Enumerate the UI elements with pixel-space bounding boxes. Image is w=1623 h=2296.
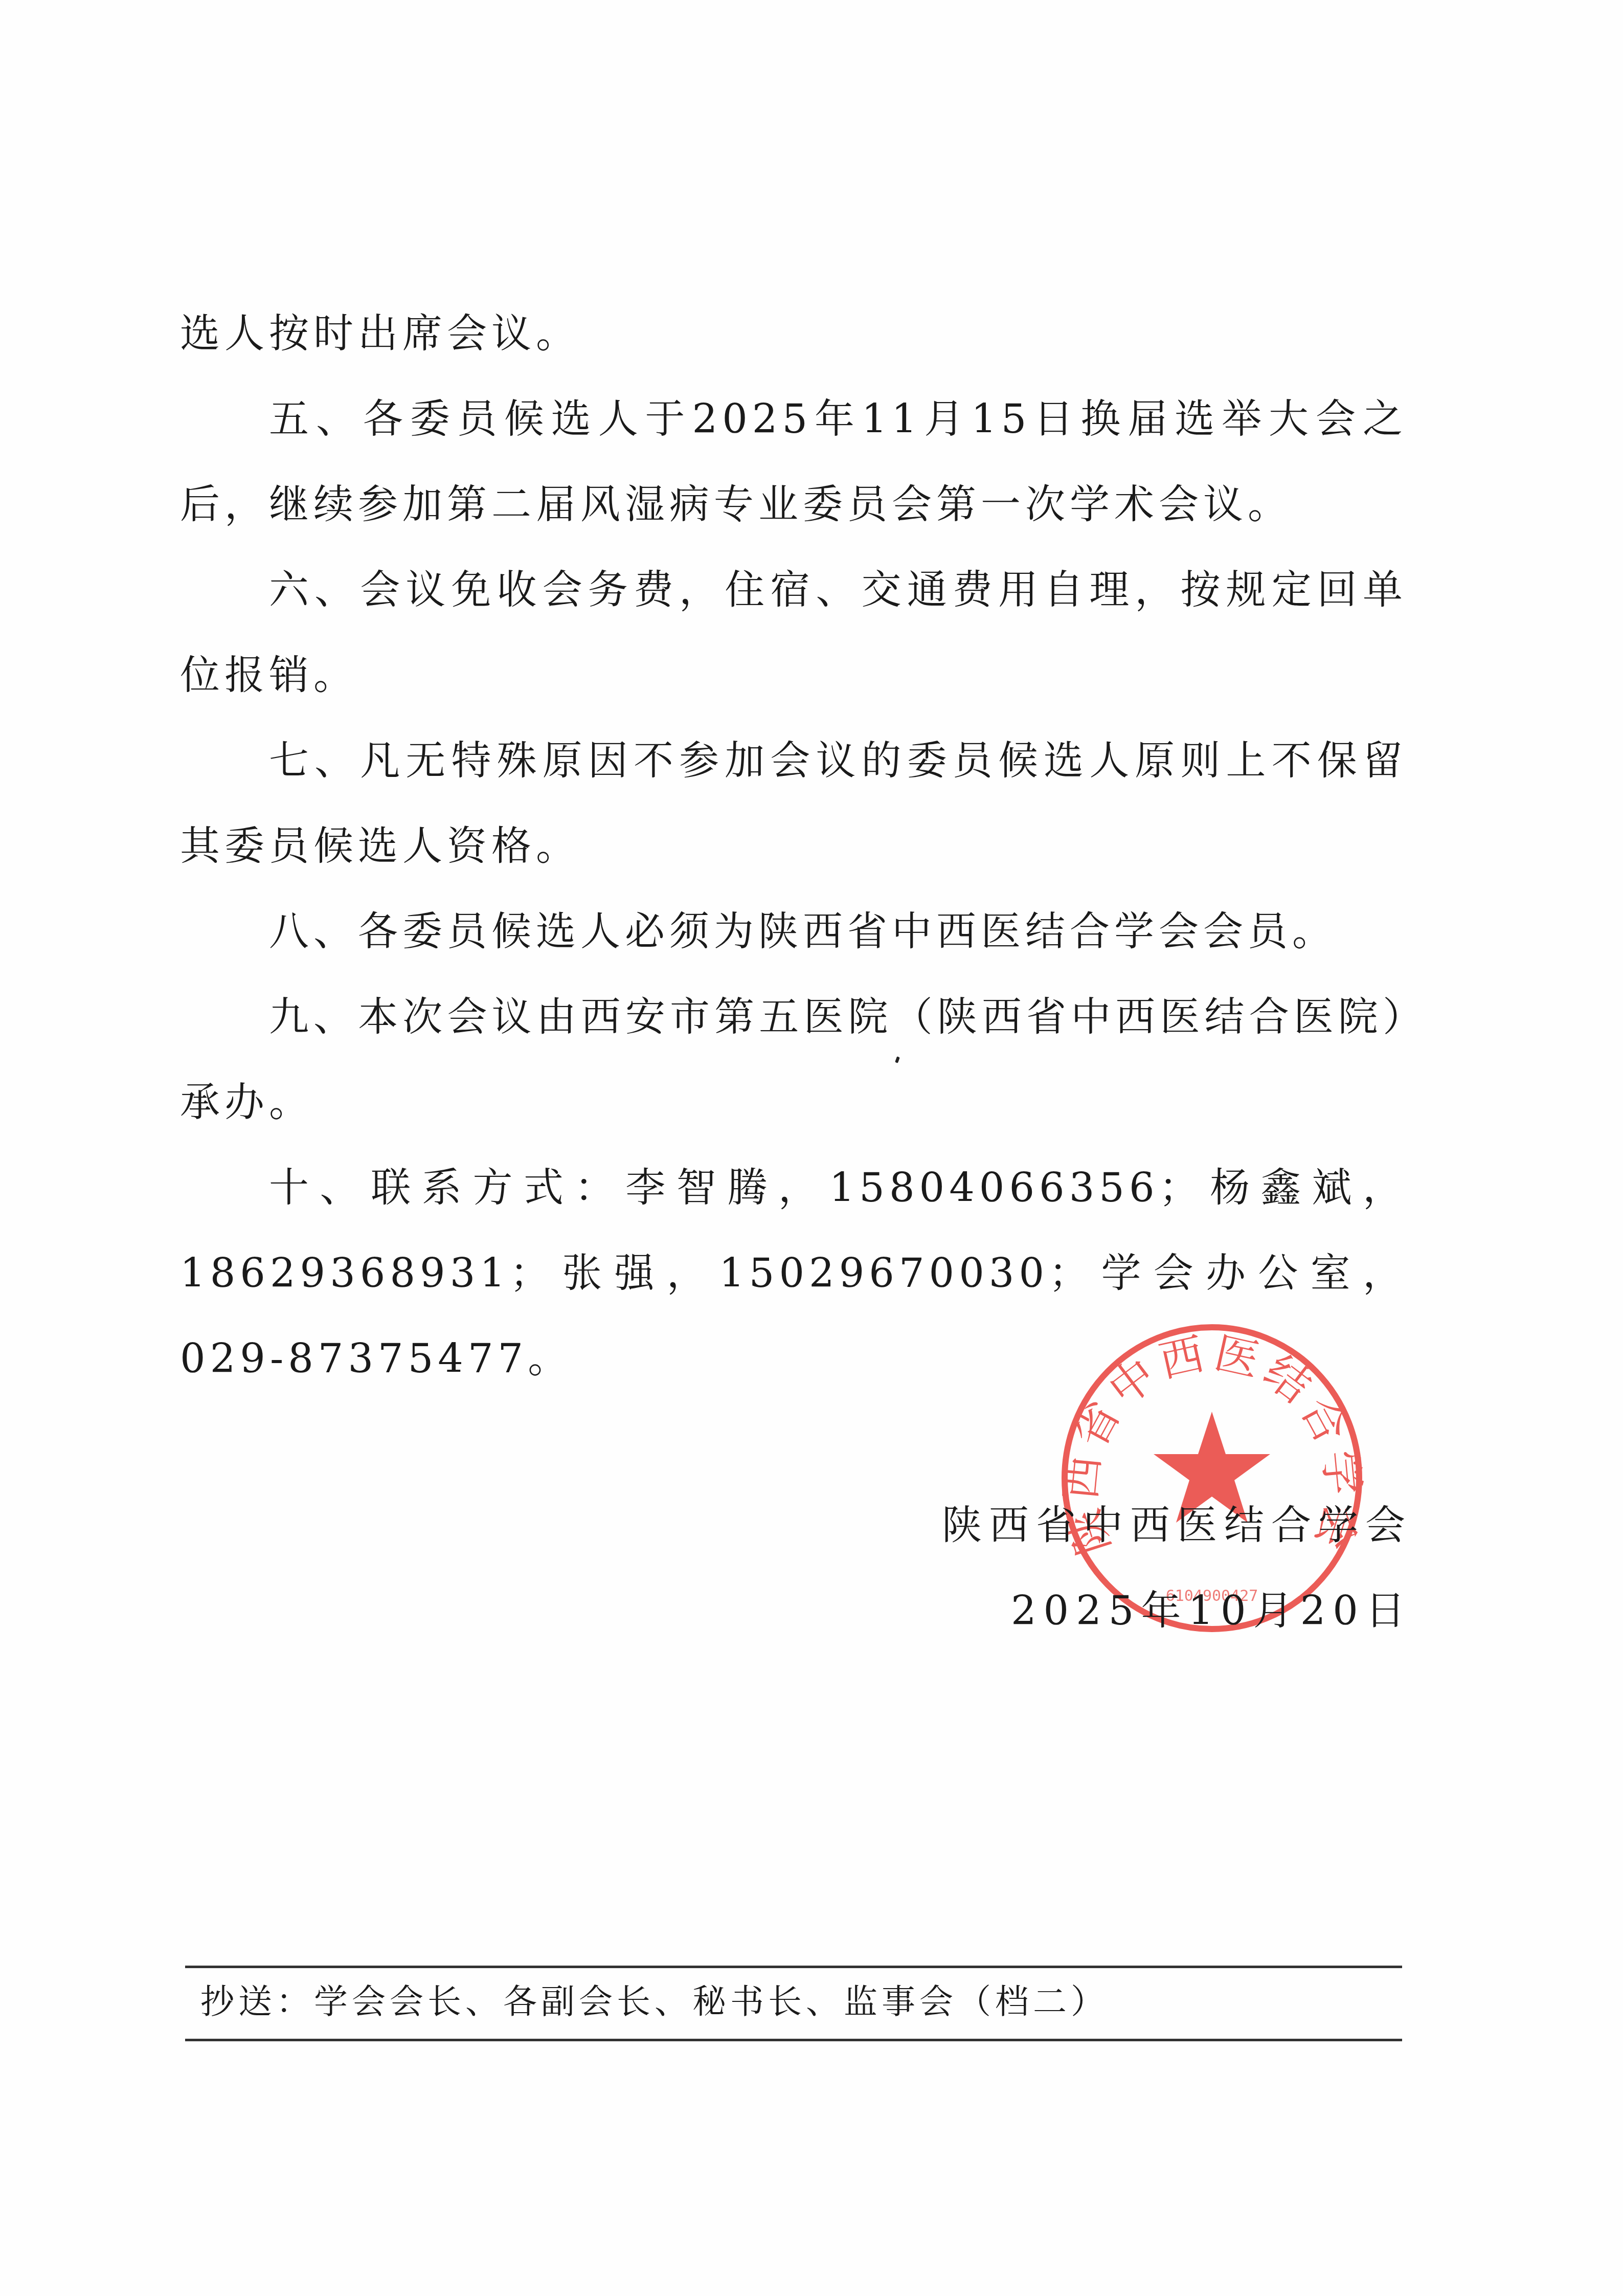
signature-organization: 陕西省中西医结合学会	[942, 1483, 1412, 1569]
cc-recipients: 抄送：学会会长、各副会长、秘书长、监事会（档二）	[200, 1981, 1109, 2022]
paragraph-item-8: 八、各委员候选人必须为陕西省中西医结合学会会员。	[180, 889, 1407, 975]
paragraph-continued: 选人按时出席会议。	[180, 292, 1407, 377]
paragraph-item-7: 七、凡无特殊原因不参加会议的委员候选人原则上不保留其委员候选人资格。	[180, 719, 1407, 889]
document-body: 选人按时出席会议。 五、各委员候选人于2025年11月15日换届选举大会之后，继…	[180, 292, 1407, 1402]
cc-block: 抄送：学会会长、各副会长、秘书长、监事会（档二）	[185, 1966, 1402, 2041]
signature-block: 陕西省中西医结合学会 2025年10月20日	[942, 1483, 1412, 1654]
signature-date: 2025年10月20日	[942, 1569, 1412, 1654]
document-page: 选人按时出席会议。 五、各委员候选人于2025年11月15日换届选举大会之后，继…	[0, 0, 1623, 2296]
paragraph-item-6: 六、会议免收会务费，住宿、交通费用自理，按规定回单位报销。	[180, 548, 1407, 719]
paragraph-item-5: 五、各委员候选人于2025年11月15日换届选举大会之后，继续参加第二届风湿病专…	[180, 377, 1407, 548]
paragraph-item-9: 九、本次会议由西安市第五医院（陕西省中西医结合医院）承办。	[180, 975, 1407, 1146]
